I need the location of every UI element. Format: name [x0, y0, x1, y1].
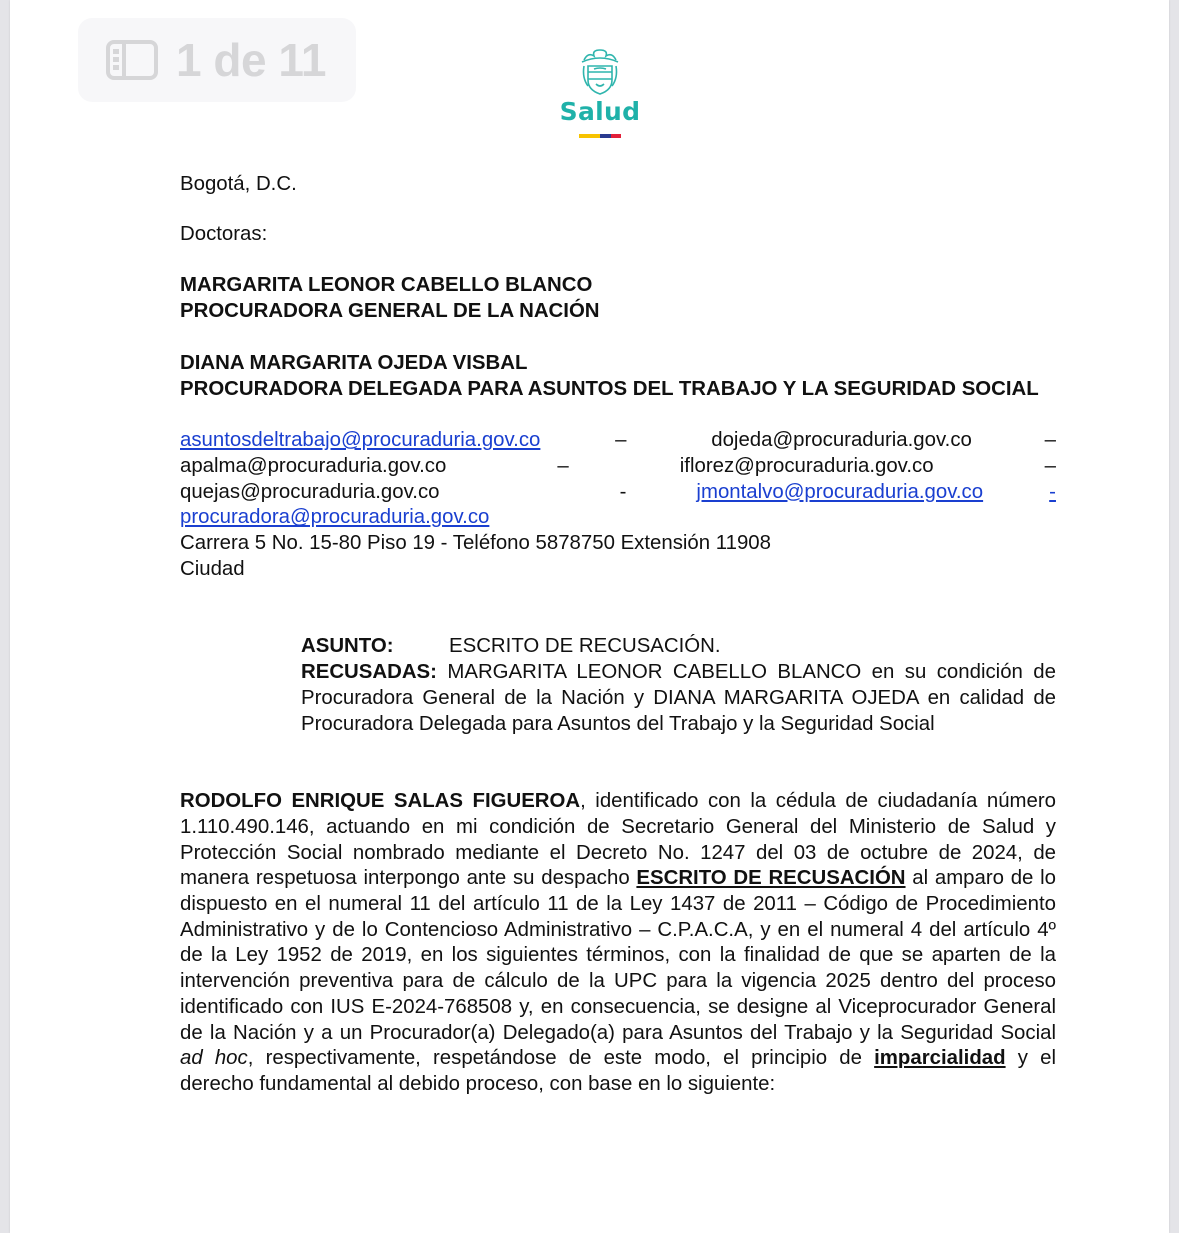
- subject-block: ASUNTO:ESCRITO DE RECUSACIÓN. RECUSADAS:…: [301, 634, 1056, 737]
- recipient-1-title: PROCURADORA GENERAL DE LA NACIÓN: [180, 299, 1056, 325]
- colombia-coat-of-arms-icon: [578, 48, 622, 96]
- recused-label: RECUSADAS:: [301, 661, 437, 683]
- letter-content: Bogotá, D.C. Doctoras: MARGARITA LEONOR …: [180, 172, 1056, 1098]
- subject-value: ESCRITO DE RECUSACIÓN.: [449, 635, 721, 657]
- recipient-2-name: DIANA MARGARITA OJEDA VISBAL: [180, 351, 1056, 377]
- letter-place: Bogotá, D.C.: [180, 172, 1056, 198]
- flag-yellow: [579, 134, 600, 138]
- body-paragraph: RODOLFO ENRIQUE SALAS FIGUEROA, identifi…: [180, 789, 1056, 1097]
- sidebar-toggle-icon[interactable]: [106, 40, 158, 80]
- separator-link[interactable]: -: [1049, 480, 1056, 506]
- email-link-procuradora[interactable]: procuradora@procuraduria.gov.co: [180, 506, 489, 528]
- brand-wordmark: Salud: [550, 98, 650, 126]
- email-row-1: asuntosdeltrabajo@procuraduria.gov.co – …: [180, 428, 1056, 454]
- ministry-logo: Salud: [550, 48, 650, 138]
- email-quejas: quejas@procuraduria.gov.co: [180, 480, 440, 506]
- body-text-2: al amparo de lo dispuesto en el numeral …: [180, 867, 1056, 1043]
- separator: –: [557, 454, 568, 480]
- email-link-jmontalvo[interactable]: jmontalvo@procuraduria.gov.co: [696, 480, 983, 506]
- separator: –: [615, 428, 626, 454]
- flag-blue: [600, 134, 611, 138]
- address-line: Carrera 5 No. 15-80 Piso 19 - Teléfono 5…: [180, 531, 1056, 557]
- subject-label: ASUNTO:: [301, 634, 449, 660]
- page-indicator[interactable]: 1 de 11: [78, 18, 356, 102]
- email-dojeda: dojeda@procuraduria.gov.co: [711, 428, 972, 454]
- recipient-1-name: MARGARITA LEONOR CABELLO BLANCO: [180, 273, 1056, 299]
- city-line: Ciudad: [180, 557, 1056, 583]
- email-apalma: apalma@procuraduria.gov.co: [180, 454, 446, 480]
- email-link-asuntosdeltrabajo[interactable]: asuntosdeltrabajo@procuraduria.gov.co: [180, 428, 540, 454]
- emphasis-imparcialidad: imparcialidad: [874, 1047, 1005, 1069]
- separator: –: [1045, 428, 1056, 454]
- document-page: 1 de 11 Salud: [10, 0, 1169, 1233]
- email-row-2: apalma@procuraduria.gov.co – iflorez@pro…: [180, 454, 1056, 480]
- email-iflorez: iflorez@procuraduria.gov.co: [680, 454, 934, 480]
- page-count-text: 1 de 11: [176, 33, 326, 87]
- recipient-2-title: PROCURADORA DELEGADA PARA ASUNTOS DEL TR…: [180, 377, 1056, 403]
- letter-salutation: Doctoras:: [180, 222, 1056, 248]
- italic-ad-hoc: ad hoc: [180, 1047, 248, 1069]
- body-text-3: , respectivamente, respetándose de este …: [248, 1047, 874, 1069]
- flag-red: [611, 134, 622, 138]
- sender-name: RODOLFO ENRIQUE SALAS FIGUEROA: [180, 790, 580, 812]
- pdf-viewer: 1 de 11 Salud: [0, 0, 1179, 1233]
- emphasis-escrito-de-recusacion: ESCRITO DE RECUSACIÓN: [636, 867, 905, 889]
- flag-stripe: [579, 134, 621, 138]
- email-row-3: quejas@procuraduria.gov.co - jmontalvo@p…: [180, 480, 1056, 506]
- separator: –: [1045, 454, 1056, 480]
- separator: -: [620, 480, 627, 506]
